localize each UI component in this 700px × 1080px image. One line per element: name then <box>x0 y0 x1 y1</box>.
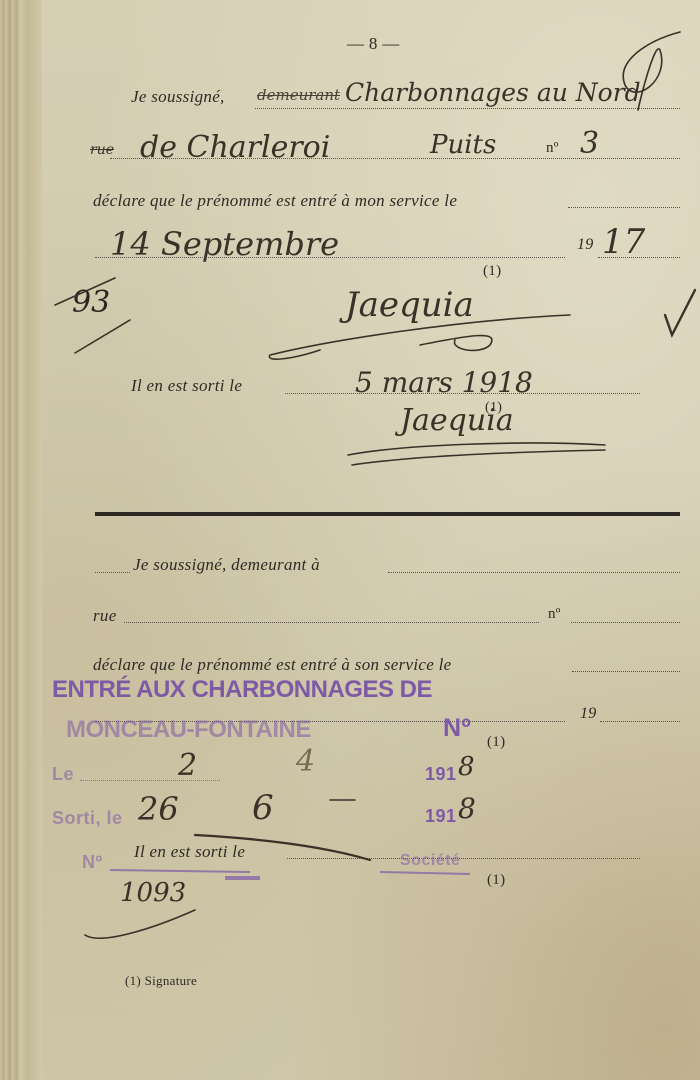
margin-number-handwritten: 1093 <box>120 878 186 908</box>
year-suffix-handwritten: 17 <box>602 222 645 262</box>
je-soussigne-label: Je soussigné, <box>131 87 225 107</box>
stamp-sorti-month: 6 <box>252 788 274 828</box>
stamp-le-label: Le <box>52 764 74 785</box>
page-number: — 8 — <box>347 34 400 54</box>
stamp-sorti-label: Sorti, le <box>52 808 123 829</box>
footnote-signature: (1) Signature <box>125 973 197 989</box>
stamp-no2-label: Nº <box>82 852 103 873</box>
dotted-line <box>388 572 680 573</box>
stamp-le-day: 2 <box>178 748 197 783</box>
stamp-sorti-year-suffix: 8 <box>458 792 476 825</box>
rue-label: rue <box>93 606 117 626</box>
dotted-line <box>80 780 220 781</box>
dotted-line <box>255 108 680 109</box>
dotted-line <box>110 158 680 159</box>
margin-number-handwritten: 93 <box>72 285 110 320</box>
no-label: nº <box>546 140 559 157</box>
exit-label: Il en est sorti le <box>131 376 242 396</box>
dotted-line <box>95 572 130 573</box>
dotted-line <box>572 671 680 672</box>
employer-name-handwritten: Charbonnages au Nord <box>345 78 641 107</box>
page-edge-binding <box>0 0 42 1080</box>
declare-text: déclare que le prénommé est entré à mon … <box>93 191 457 211</box>
dotted-line <box>598 257 680 258</box>
stamp-line-2: MONCEAU-FONTAINE <box>66 716 311 744</box>
stamp-no-label: Nº <box>443 714 471 743</box>
year-prefix: 19 <box>577 236 594 254</box>
dotted-line <box>568 207 680 208</box>
exit-label: Il en est sorti le <box>134 842 245 862</box>
handwritten-strokes <box>0 0 700 1080</box>
employer-site-handwritten: Puits <box>430 130 496 160</box>
no-value-handwritten: 3 <box>580 126 599 161</box>
employer-city-handwritten: de Charleroi <box>140 130 330 165</box>
je-soussigne-demeurant-label: Je soussigné, demeurant à <box>133 555 320 575</box>
exit-date-handwritten: 5 mars 1918 <box>355 366 533 399</box>
dotted-line <box>571 622 680 623</box>
footnote-mark: (1) <box>487 872 505 889</box>
struck-rue: rue <box>90 142 114 158</box>
stamp-le-year-prefix: 191 <box>425 764 457 785</box>
declare-text: déclare que le prénommé est entré à son … <box>93 655 452 675</box>
signature-1: Jaequia <box>345 285 474 325</box>
stamp-le-year-suffix: 8 <box>458 752 475 782</box>
signature-2: Jaequia <box>400 403 514 438</box>
stamp-societe: Société <box>400 852 460 870</box>
no-label: nº <box>548 606 561 623</box>
stamp-le-month: 4 <box>296 744 315 779</box>
dotted-line <box>95 257 565 258</box>
footnote-mark: (1) <box>483 263 501 280</box>
footnote-mark: (1) <box>487 734 505 751</box>
struck-demeurant: demeurant <box>257 86 340 104</box>
dotted-line <box>287 858 640 859</box>
dotted-line <box>124 622 539 623</box>
stamp-sorti-day: 26 <box>138 790 179 828</box>
dotted-line <box>600 721 680 722</box>
year-prefix: 19 <box>580 705 597 723</box>
section-divider <box>95 512 680 516</box>
stamp-line-1: ENTRÉ AUX CHARBONNAGES DE <box>52 676 432 704</box>
stamp-sorti-year-prefix: 191 <box>425 806 457 827</box>
